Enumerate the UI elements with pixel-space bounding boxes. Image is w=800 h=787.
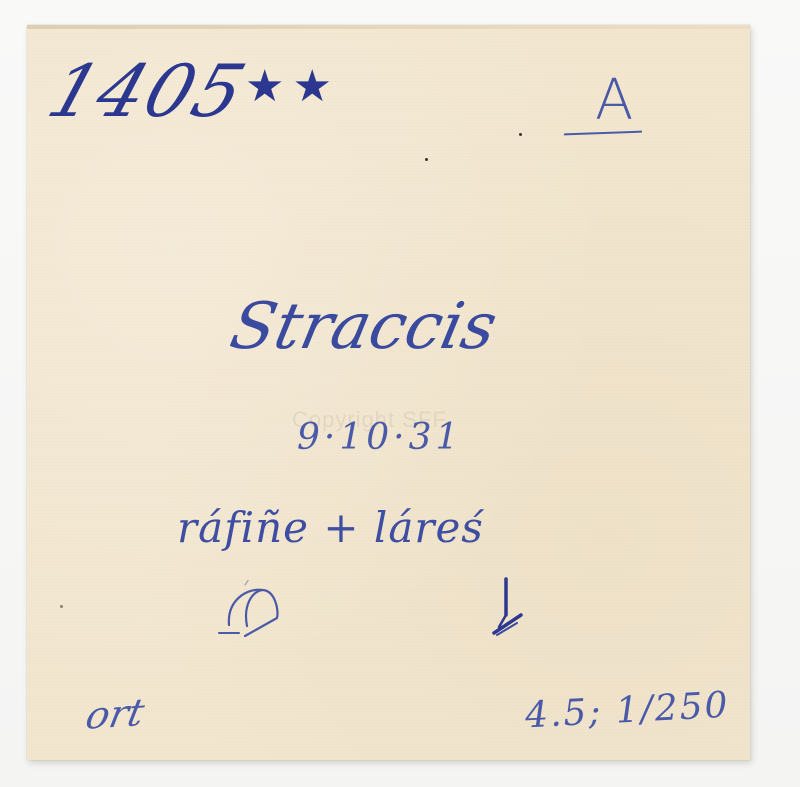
code-annotation: ort <box>83 693 148 735</box>
treatment-note: ráfiñe + lárеś <box>177 507 484 549</box>
ink-speck <box>425 158 428 161</box>
down-arrow-icon <box>489 575 529 640</box>
ink-speck <box>519 133 522 136</box>
ink-speck <box>60 605 63 608</box>
photo-stage: 1405 ★★ A Straccis Copyright SFF 9·10·31… <box>0 0 800 787</box>
grade-underline <box>564 131 642 136</box>
star-rating-icon: ★★ <box>245 65 340 109</box>
dome-symbol-icon <box>217 580 287 640</box>
grade-letter: A <box>595 73 633 129</box>
reference-number: 1405 <box>40 55 255 127</box>
exposure-annotation: 4.5; 1/250 <box>524 688 730 735</box>
index-card: 1405 ★★ A Straccis Copyright SFF 9·10·31… <box>27 25 750 760</box>
card-date: 9·10·31 <box>297 420 462 456</box>
card-title: Straccis <box>225 295 502 359</box>
